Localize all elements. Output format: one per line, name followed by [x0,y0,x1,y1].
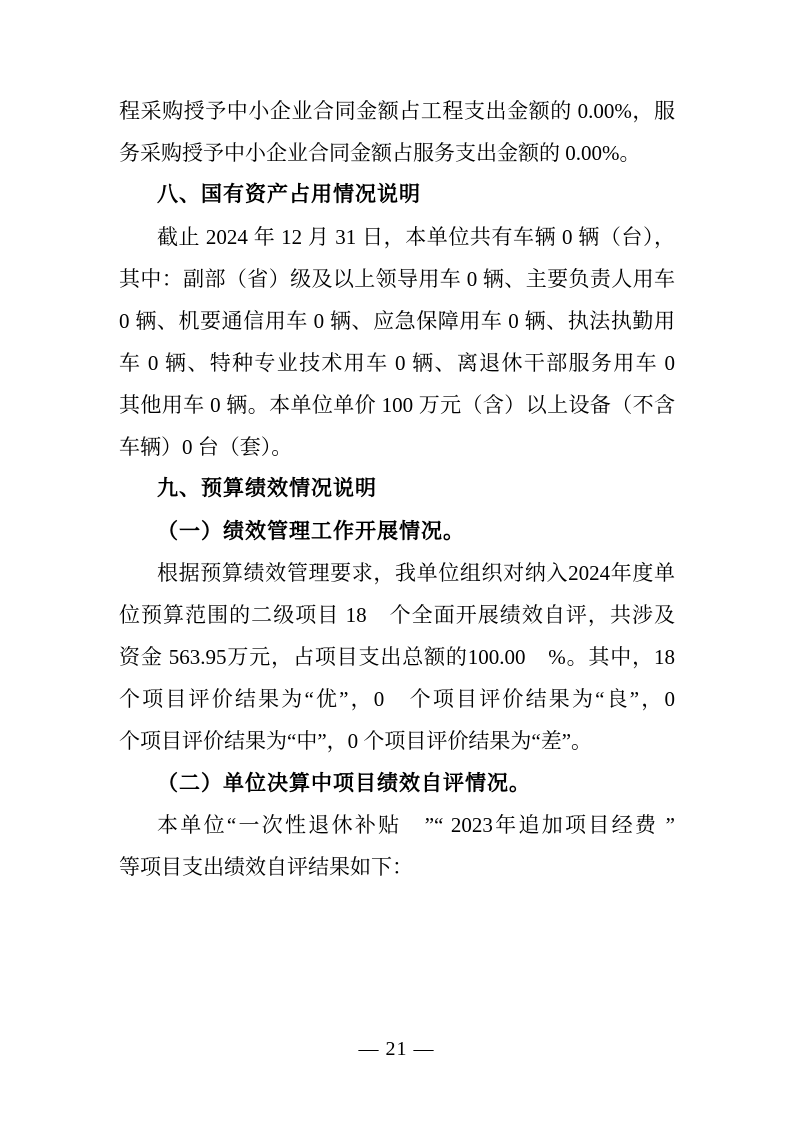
body-text-line: 其他用车 0 辆。本单位单价 100 万元（含）以上设备（不含 [119,384,675,426]
body-text-line: 根据预算绩效管理要求，我单位组织对纳入2024年度单 [119,552,675,594]
body-text-line: 资金 563.95万元，占项目支出总额的100.00 %。其中，18 [119,636,675,678]
subsection-heading: （一）绩效管理工作开展情况。 [119,510,675,552]
body-text-line: 车 0 辆、特种专业技术用车 0 辆、离退休干部服务用车 0 辆、 [119,342,675,384]
body-text-line: 等项目支出绩效自评结果如下： [119,846,675,888]
subsection-heading: （二）单位决算中项目绩效自评情况。 [119,762,675,804]
body-text-line: 0 辆、机要通信用车 0 辆、应急保障用车 0 辆、执法执勤用 [119,300,675,342]
page-number: — 21 — [0,1036,793,1062]
body-text-line: 截止 2024 年 12 月 31 日，本单位共有车辆 0 辆（台）， [119,216,675,258]
document-body: 程采购授予中小企业合同金额占工程支出金额的 0.00%，服 务采购授予中小企业合… [119,90,675,888]
body-text-line: 位预算范围的二级项目 18 个全面开展绩效自评，共涉及 [119,594,675,636]
section-heading: 八、国有资产占用情况说明 [119,174,675,216]
body-text-line: 车辆）0 台（套）。 [119,426,675,468]
body-text-line: 程采购授予中小企业合同金额占工程支出金额的 0.00%，服 [119,90,675,132]
section-heading: 九、预算绩效情况说明 [119,468,675,510]
document-page: 程采购授予中小企业合同金额占工程支出金额的 0.00%，服 务采购授予中小企业合… [0,0,793,1122]
body-text-line: 个项目评价结果为“优”，0 个项目评价结果为“良”，0 [119,678,675,720]
body-text-line: 本单位“一次性退休补贴 ”“ 2023年追加项目经费 ” [119,804,675,846]
body-text-line: 务采购授予中小企业合同金额占服务支出金额的 0.00%。 [119,132,675,174]
body-text-line: 其中：副部（省）级及以上领导用车 0 辆、主要负责人用车 [119,258,675,300]
body-text-line: 个项目评价结果为“中”，0 个项目评价结果为“差”。 [119,720,675,762]
